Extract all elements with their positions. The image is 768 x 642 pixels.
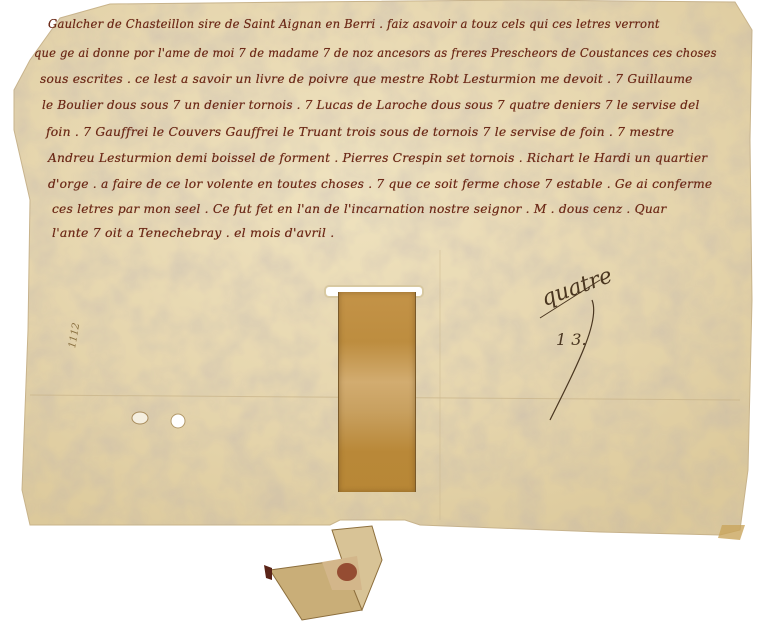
annotation-stroke — [530, 260, 630, 430]
seal-tag — [338, 292, 416, 492]
seal-fragment — [262, 520, 402, 630]
